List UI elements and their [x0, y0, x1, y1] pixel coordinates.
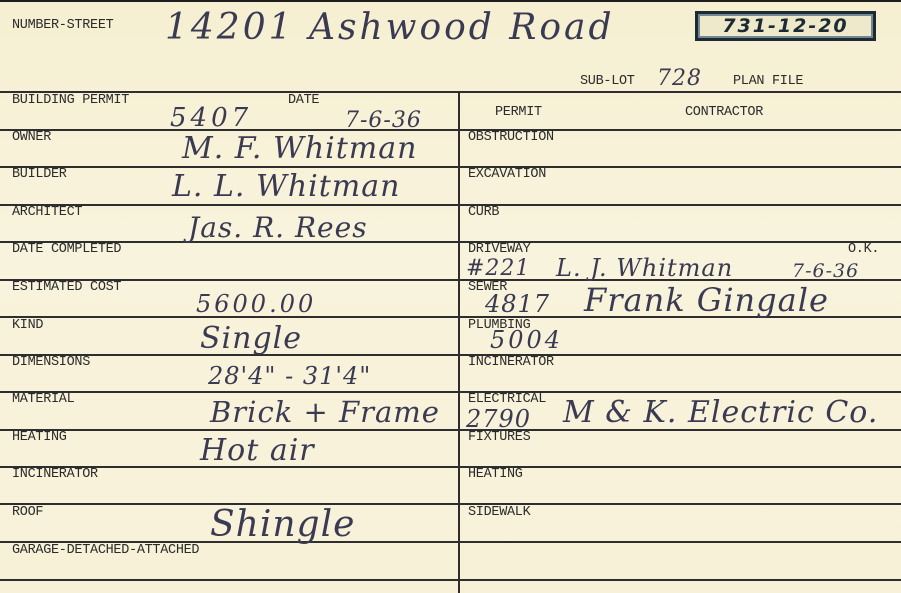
divider	[0, 466, 901, 468]
driveway-permit: #221	[466, 258, 530, 280]
obstruction-label: OBSTRUCTION	[468, 131, 554, 145]
building-permit-card: NUMBER-STREET 14201 Ashwood Road 731-12-…	[0, 0, 901, 593]
dimensions-value: 28'4" - 31'4"	[208, 364, 371, 388]
electrical-contractor: M & K. Electric Co.	[563, 398, 878, 428]
heating-permit-label: HEATING	[468, 468, 523, 482]
owner-value: M. F. Whitman	[182, 134, 417, 164]
divider	[0, 204, 901, 206]
builder-label: BUILDER	[12, 168, 67, 182]
roof-label: ROOF	[12, 506, 43, 520]
kind-value: Single	[200, 324, 302, 354]
architect-value: Jas. R. Rees	[188, 214, 368, 242]
driveway-ok: O.K.	[848, 243, 879, 257]
architect-label: ARCHITECT	[12, 206, 82, 220]
builder-value: L. L. Whitman	[172, 172, 400, 202]
divider	[0, 241, 901, 243]
sidewalk-label: SIDEWALK	[468, 506, 530, 520]
fixtures-label: FIXTURES	[468, 431, 530, 445]
curb-label: CURB	[468, 206, 499, 220]
divider	[0, 503, 901, 505]
number-street-label: NUMBER-STREET	[12, 19, 113, 33]
material-value: Brick + Frame	[210, 398, 440, 427]
date-completed-label: DATE COMPLETED	[12, 243, 121, 257]
sub-lot-label: SUB-LOT	[580, 75, 635, 89]
sewer-contractor: Frank Gingale	[584, 284, 829, 316]
incinerator-permit-label: INCINERATOR	[468, 356, 554, 370]
sewer-permit: 4817	[485, 292, 550, 316]
electrical-permit: 2790	[466, 407, 531, 431]
driveway-label: DRIVEWAY	[468, 243, 530, 257]
divider	[0, 129, 901, 131]
plan-file-label: PLAN FILE	[733, 75, 803, 89]
incinerator-label: INCINERATOR	[12, 468, 98, 482]
plumbing-permit: 5004	[490, 328, 563, 352]
dimensions-label: DIMENSIONS	[12, 356, 90, 370]
divider	[0, 91, 901, 93]
date-value: 7-6-36	[345, 110, 422, 132]
material-label: MATERIAL	[12, 393, 74, 407]
excavation-label: EXCAVATION	[468, 168, 546, 182]
estimated-cost-value: 5600.00	[196, 292, 316, 316]
address-value: 14201 Ashwood Road	[165, 10, 615, 46]
building-permit-value: 5407	[170, 105, 252, 131]
owner-label: OWNER	[12, 131, 51, 145]
estimated-cost-label: ESTIMATED COST	[12, 281, 121, 295]
permit-column-header: PERMIT	[495, 106, 542, 120]
contractor-column-header: CONTRACTOR	[685, 106, 763, 120]
divider	[0, 579, 901, 581]
heating-value: Hot air	[200, 436, 315, 466]
sub-lot-value: 728	[657, 68, 702, 90]
date-label: DATE	[288, 94, 319, 108]
divider	[0, 166, 901, 168]
divider	[0, 391, 901, 393]
lot-stamp: 731-12-20	[695, 11, 876, 41]
heating-label: HEATING	[12, 431, 67, 445]
driveway-contractor: L. J. Whitman	[556, 256, 733, 280]
divider	[0, 354, 901, 356]
building-permit-label: BUILDING PERMIT	[12, 94, 129, 108]
driveway-date: 7-6-36	[792, 262, 859, 281]
kind-label: KIND	[12, 319, 43, 333]
garage-label: GARAGE-DETACHED-ATTACHED	[12, 544, 199, 558]
roof-value: Shingle	[210, 507, 355, 543]
